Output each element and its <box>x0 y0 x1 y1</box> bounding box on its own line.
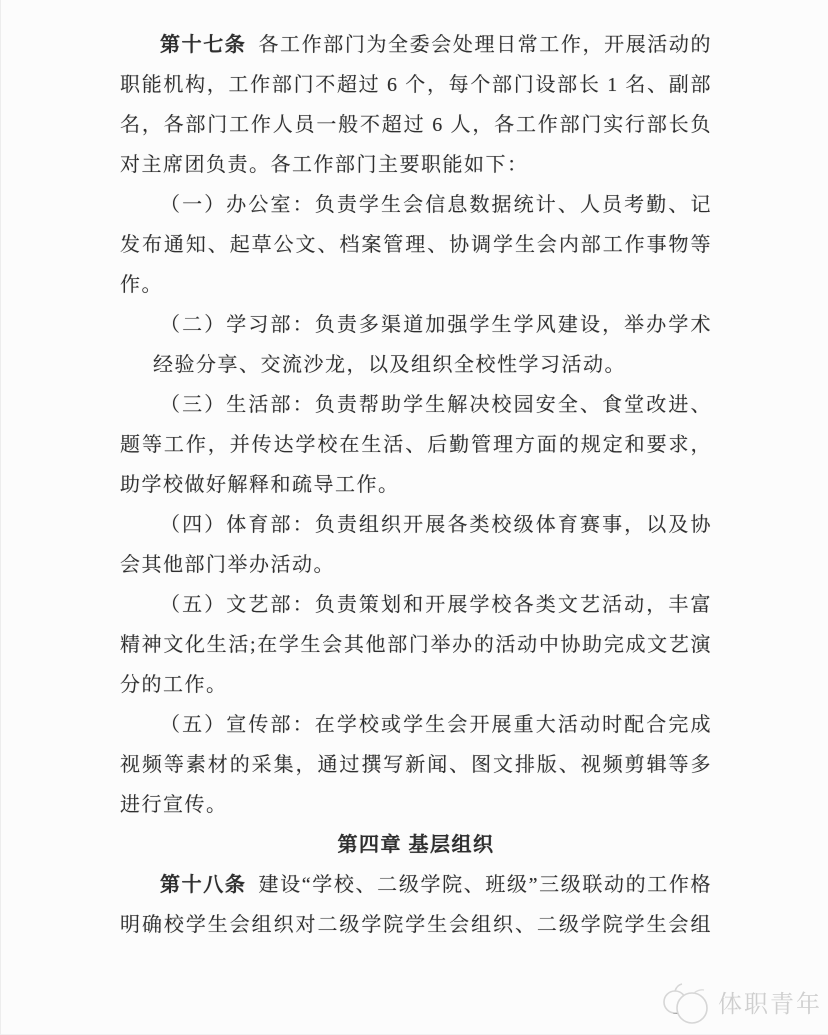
doc-line: 第十八条建设“学校、二级学院、班级”三级联动的工作格局， <box>120 865 712 905</box>
doc-line: 题等工作，并传达学校在生活、后勤管理方面的规定和要求，同时协 <box>120 425 712 465</box>
chapter-heading-text: 第四章 基层组织 <box>338 834 495 856</box>
doc-line-text: 进行宣传。 <box>120 794 228 816</box>
doc-line: 经验分享、交流沙龙，以及组织全校性学习活动。 <box>120 345 712 385</box>
doc-line: 发布通知、起草公文、档案管理、协调学生会内部工作事物等日常工 <box>120 225 712 265</box>
doc-line-text: 精神文化生活;在学生会其他部门举办的活动中协助完成文艺演出部 <box>120 634 712 665</box>
doc-line-text: 作。 <box>120 274 163 296</box>
doc-line: （二）学习部：负责多渠道加强学生学风建设，举办学术报告、 <box>120 305 712 345</box>
doc-line: （五）宣传部：在学校或学生会开展重大活动时配合完成图片、 <box>120 705 712 745</box>
doc-line-text: 题等工作，并传达学校在生活、后勤管理方面的规定和要求，同时协 <box>120 434 712 465</box>
doc-line-text: （一）办公室：负责学生会信息数据统计、人员考勤、记录会议、 <box>120 194 712 225</box>
doc-line-text: 会其他部门举办活动。 <box>120 554 335 576</box>
doc-line: 分的工作。 <box>120 665 712 705</box>
article-number: 第十七条 <box>160 34 246 56</box>
doc-line-text: 分的工作。 <box>120 674 228 696</box>
doc-line: 对主席团负责。各工作部门主要职能如下： <box>120 145 712 185</box>
doc-line: （一）办公室：负责学生会信息数据统计、人员考勤、记录会议、 <box>120 185 712 225</box>
overlapping-circles-logo-icon <box>654 981 716 1029</box>
doc-line: 视频等素材的采集，通过撰写新闻、图文排版、视频剪辑等多种形式 <box>120 745 712 785</box>
doc-line: 明确校学生会组织对二级学院学生会组织、二级学院学生会组织对班 <box>120 905 712 945</box>
chapter-heading: 第四章 基层组织 <box>120 825 712 865</box>
doc-line-text: （四）体育部：负责组织开展各类校级体育赛事，以及协助学生 <box>120 514 712 545</box>
doc-line-text: 经验分享、交流沙龙，以及组织全校性学习活动。 <box>153 354 626 376</box>
doc-line-text: 发布通知、起草公文、档案管理、协调学生会内部工作事物等日常工 <box>120 234 712 265</box>
doc-line: （五）文艺部：负责策划和开展学校各类文艺活动，丰富师生的 <box>120 585 712 625</box>
doc-line-text: （三）生活部：负责帮助学生解决校园安全、食堂改进、宿舍问 <box>120 394 712 425</box>
doc-line: 职能机构，工作部门不超过 6 个，每个部门设部长 1 名、副部长 1-2 <box>120 65 712 105</box>
document-body: 第十七条各工作部门为全委会处理日常工作，开展活动的常设 职能机构，工作部门不超过… <box>120 25 712 945</box>
doc-line: 名，各部门工作人员一般不超过 6 人，各工作部门实行部长负责制， <box>120 105 712 145</box>
doc-line-text: （五）宣传部：在学校或学生会开展重大活动时配合完成图片、 <box>120 714 712 745</box>
doc-line: 进行宣传。 <box>120 785 712 825</box>
document-page: 第十七条各工作部门为全委会处理日常工作，开展活动的常设 职能机构，工作部门不超过… <box>0 0 828 1035</box>
doc-line-text: 助学校做好解释和疏导工作。 <box>120 474 400 496</box>
doc-line-text: （二）学习部：负责多渠道加强学生学风建设，举办学术报告、 <box>120 314 712 345</box>
doc-line-text: 明确校学生会组织对二级学院学生会组织、二级学院学生会组织对班 <box>120 914 712 945</box>
doc-line: 会其他部门举办活动。 <box>120 545 712 585</box>
doc-line: 第十七条各工作部门为全委会处理日常工作，开展活动的常设 <box>120 25 712 65</box>
doc-line-text: 视频等素材的采集，通过撰写新闻、图文排版、视频剪辑等多种形式 <box>120 754 712 785</box>
doc-line: 精神文化生活;在学生会其他部门举办的活动中协助完成文艺演出部 <box>120 625 712 665</box>
doc-line: 作。 <box>120 265 712 305</box>
doc-line: 助学校做好解释和疏导工作。 <box>120 465 712 505</box>
doc-line-text: 职能机构，工作部门不超过 6 个，每个部门设部长 1 名、副部长 1-2 <box>120 74 712 105</box>
watermark-text: 体职青年 <box>718 990 822 1020</box>
doc-line: （四）体育部：负责组织开展各类校级体育赛事，以及协助学生 <box>120 505 712 545</box>
doc-line-text: 对主席团负责。各工作部门主要职能如下： <box>120 154 529 176</box>
doc-line: （三）生活部：负责帮助学生解决校园安全、食堂改进、宿舍问 <box>120 385 712 425</box>
doc-line-text: （五）文艺部：负责策划和开展学校各类文艺活动，丰富师生的 <box>120 594 712 625</box>
article-number: 第十八条 <box>160 874 247 896</box>
doc-line-text: 名，各部门工作人员一般不超过 6 人，各工作部门实行部长负责制， <box>120 114 712 145</box>
